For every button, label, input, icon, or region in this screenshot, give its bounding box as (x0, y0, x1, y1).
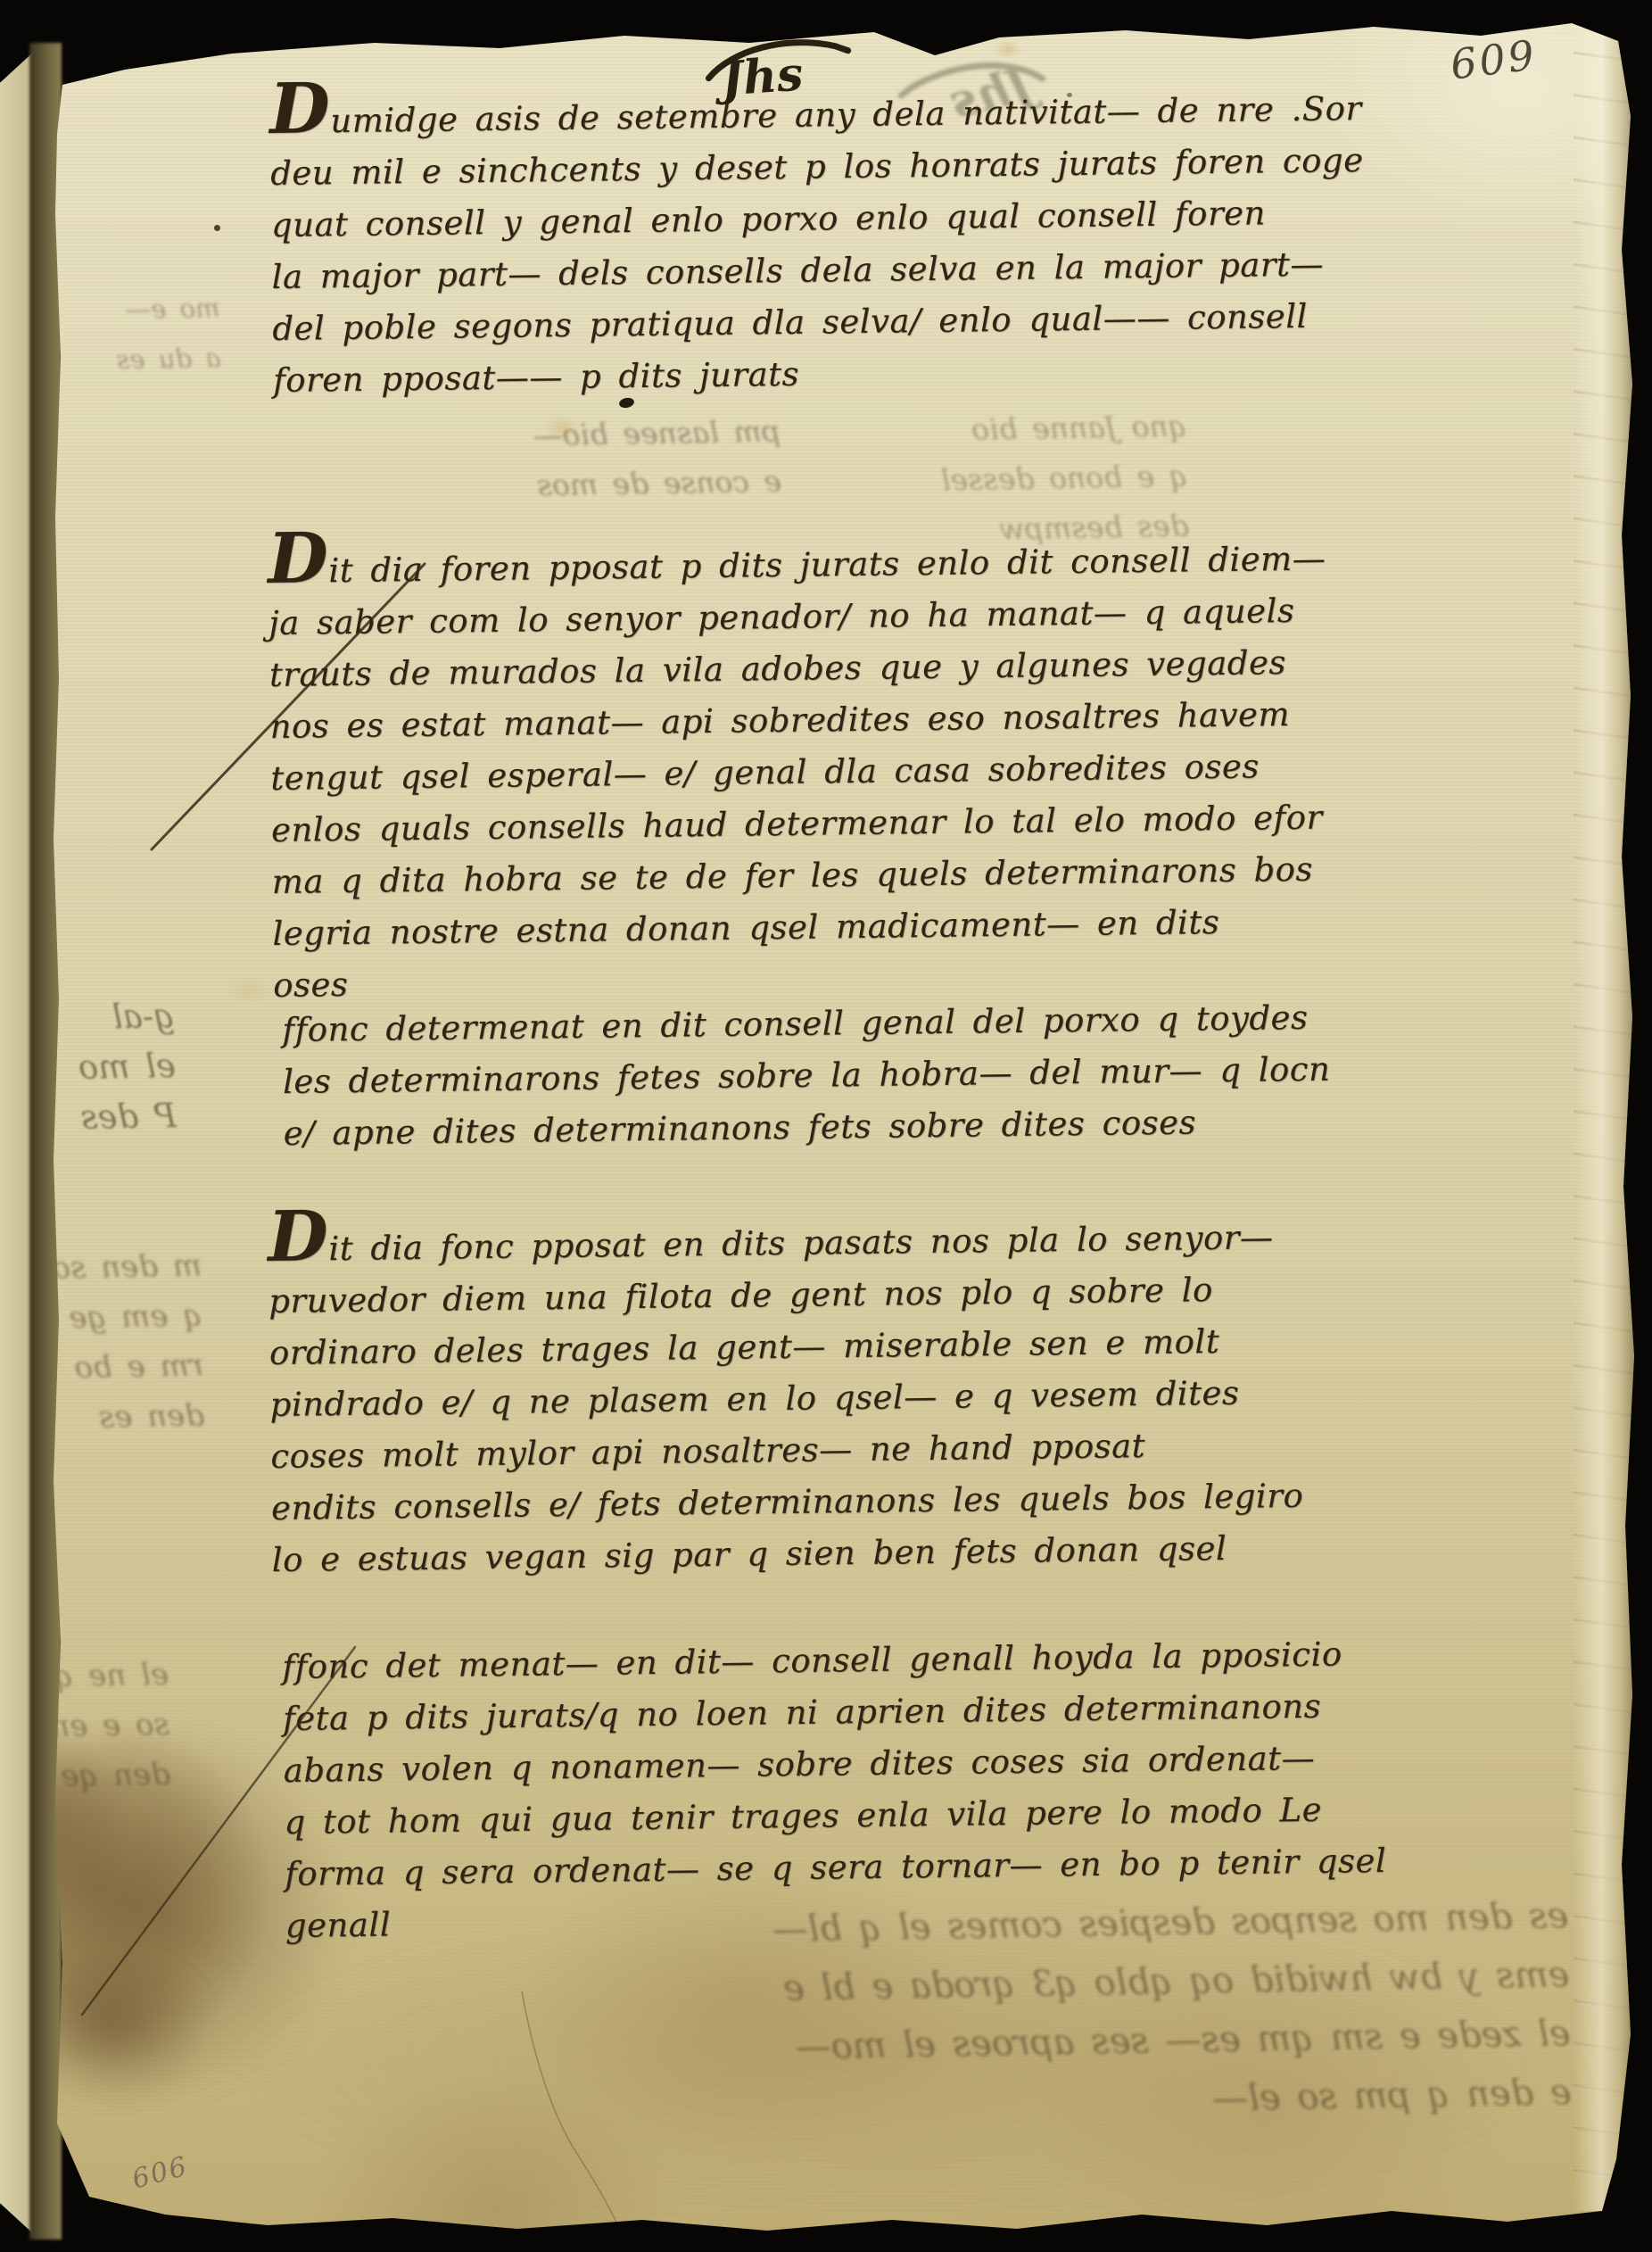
bleedthrough-text: g-alel moP des (78, 991, 178, 1143)
text-line: el mo (78, 1041, 177, 1093)
manuscript-scan: mo e—a du es pm lasnee bio—e conse de mo… (0, 0, 1652, 2252)
text-line: P des (78, 1091, 177, 1143)
paragraph: ffonc determenat en dit consell genal de… (282, 992, 1331, 1160)
text-line: a du es (116, 333, 221, 385)
folio-number: 609 (1448, 30, 1540, 88)
bleedthrough-text: m den soq em germ e boden es (52, 1241, 204, 1444)
paragraph: Dumidge asis de setembre any dela nativi… (269, 72, 1367, 407)
paragraph: Dit dia fonc pposat en dits pasats nos p… (268, 1201, 1304, 1586)
text-line: e conse de mos (533, 457, 781, 511)
text-line: so e em (41, 1700, 170, 1752)
text-line: pm lasnee bio— (533, 407, 781, 461)
paragraph: Dit dia foren pposat p dits jurats enlo … (268, 523, 1331, 1012)
text-line: qno Janne bio (940, 402, 1188, 456)
bleedthrough-text: mo e—a du es (115, 283, 221, 385)
bleedthrough-text: pm lasnee bio—e conse de mos (533, 407, 781, 511)
ink-speck (1067, 93, 1072, 97)
text-line: mo e— (115, 283, 220, 335)
right-deckle-edge (1574, 23, 1636, 2211)
text-line: den es (54, 1391, 205, 1444)
text-line: g-al (78, 991, 176, 1043)
text-line: q e bono dessel (941, 451, 1189, 506)
paragraph: ffonc det menat— en dit— consell genall … (282, 1628, 1387, 1952)
manuscript-page: mo e—a du es pm lasnee bio—e conse de mo… (0, 0, 1652, 2252)
ink-speck (214, 225, 220, 231)
text-line: m den so (52, 1241, 202, 1294)
text-line: den qe (41, 1750, 170, 1802)
text-line: rm e bo (54, 1341, 204, 1394)
text-line: q em ge (53, 1291, 203, 1344)
bottom-folio-number: 606 (129, 2150, 192, 2195)
